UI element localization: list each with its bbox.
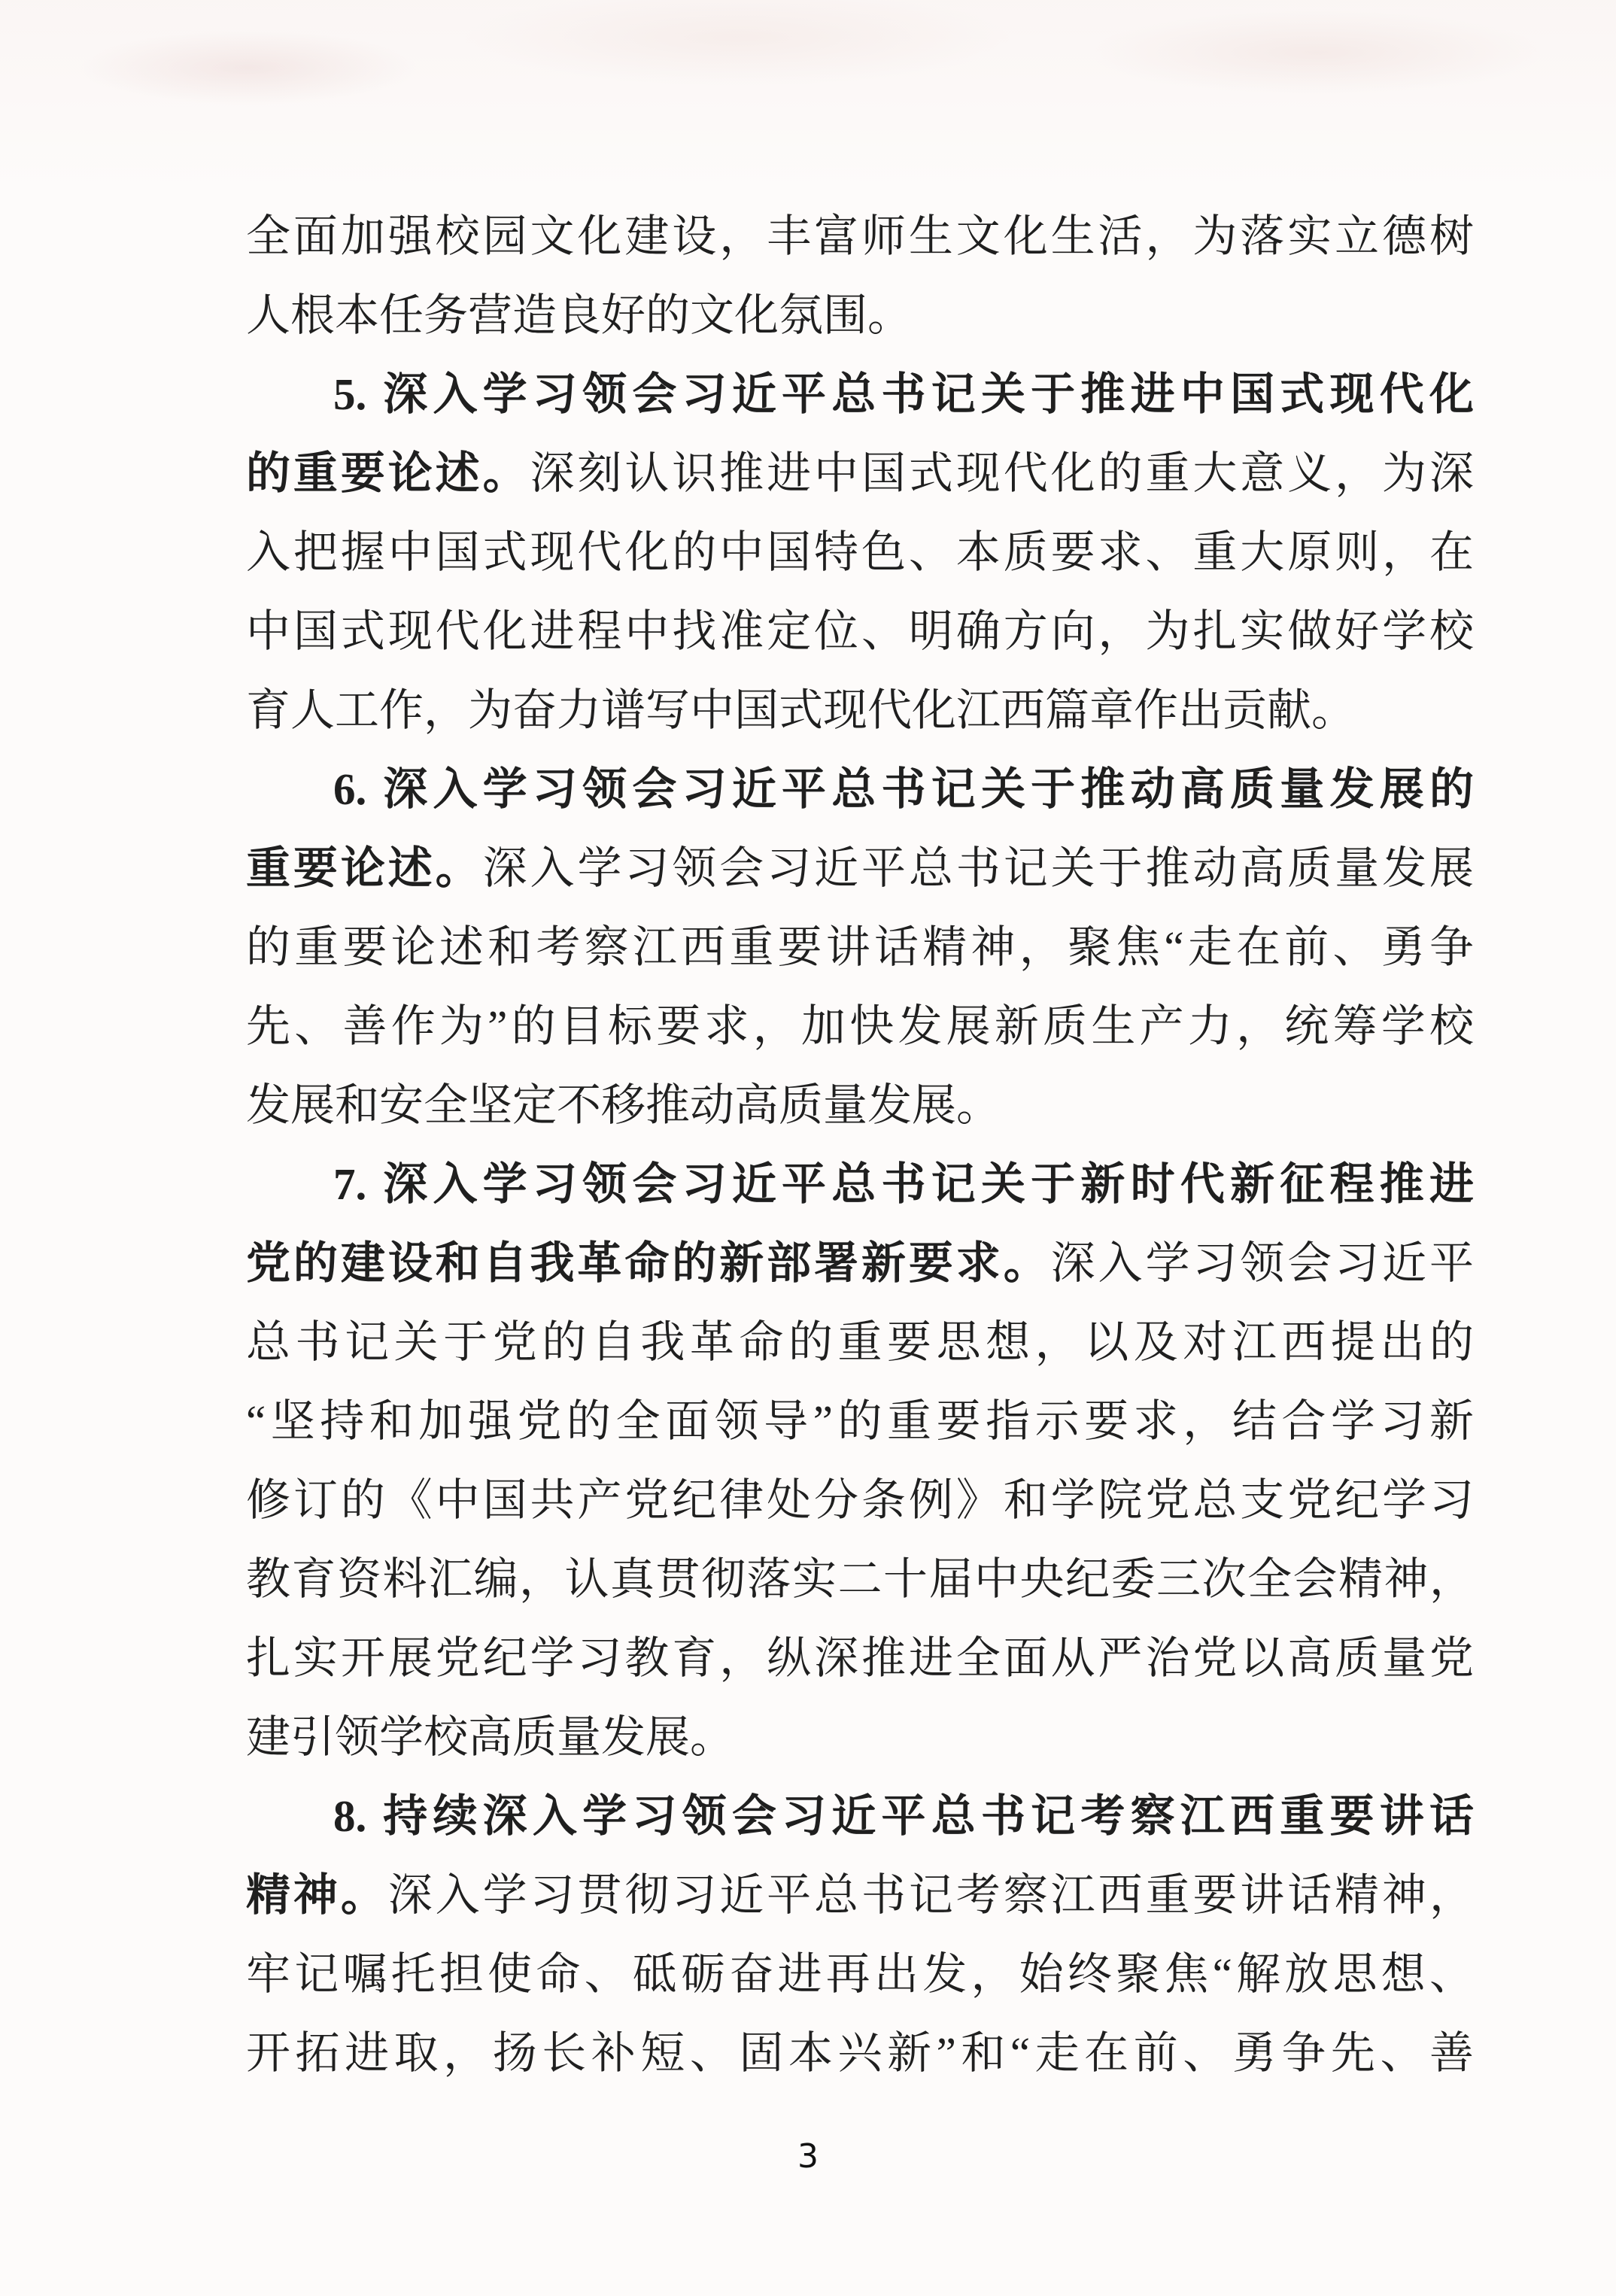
body-text-segment: 发展和安全坚定不移推动高质量发展。 [246, 1080, 1001, 1130]
body-text-segment: 入把握中国式现代化的中国特色、本质要求、重大原则，在 [246, 527, 1474, 577]
page-number: 3 [0, 2137, 1616, 2177]
text-block: 全面加强校园文化建设，丰富师生文化生活，为落实立德树人根本任务营造良好的文化氛围… [246, 197, 1474, 2093]
heading-text-segment: 8. 持续深入学习领会习近平总书记考察江西重要讲话 [333, 1791, 1474, 1841]
text-line: 教育资料汇编，认真贯彻落实二十届中央纪委三次全会精神， [246, 1540, 1474, 1619]
heading-text-segment: 精神。 [246, 1870, 388, 1920]
heading-text-segment: 党的建设和自我革命的新部署新要求。 [246, 1238, 1051, 1288]
body-text-segment: 开拓进取，扬长补短、固本兴新”和“走在前、勇争先、善 [246, 2028, 1474, 2078]
text-line: 先、善作为”的目标要求，加快发展新质生产力，统筹学校 [246, 987, 1474, 1066]
heading-text-segment: 5. 深入学习领会习近平总书记关于推进中国式现代化 [333, 369, 1474, 419]
body-text-segment: 中国式现代化进程中找准定位、明确方向，为扎实做好学校 [246, 606, 1474, 656]
body-text-segment: 全面加强校园文化建设，丰富师生文化生活，为落实立德树 [246, 211, 1474, 261]
body-text-segment: 人根本任务营造良好的文化氛围。 [246, 290, 912, 340]
text-line: 育人工作，为奋力谱写中国式现代化江西篇章作出贡献。 [246, 671, 1474, 750]
body-text-segment: 教育资料汇编，认真贯彻落实二十届中央纪委三次全会精神， [246, 1554, 1474, 1604]
text-line: 修订的《中国共产党纪律处分条例》和学院党总支党纪学习 [246, 1461, 1474, 1540]
text-line: 入把握中国式现代化的中国特色、本质要求、重大原则，在 [246, 513, 1474, 592]
heading-text-segment: 重要论述。 [246, 843, 483, 893]
text-line: 8. 持续深入学习领会习近平总书记考察江西重要讲话 [246, 1777, 1474, 1856]
text-line: 人根本任务营造良好的文化氛围。 [246, 276, 1474, 355]
body-text-segment: “坚持和加强党的全面领导”的重要指示要求，结合学习新 [246, 1396, 1474, 1446]
text-line: 7. 深入学习领会习近平总书记关于新时代新征程推进 [246, 1145, 1474, 1224]
heading-text-segment: 6. 深入学习领会习近平总书记关于推动高质量发展的 [333, 764, 1474, 814]
body-text-segment: 的重要论述和考察江西重要讲话精神，聚焦“走在前、勇争 [246, 922, 1474, 972]
text-line: 重要论述。深入学习领会习近平总书记关于推动高质量发展 [246, 829, 1474, 908]
text-line: 全面加强校园文化建设，丰富师生文化生活，为落实立德树 [246, 197, 1474, 276]
text-line: 6. 深入学习领会习近平总书记关于推动高质量发展的 [246, 750, 1474, 829]
text-line: 总书记关于党的自我革命的重要思想，以及对江西提出的 [246, 1303, 1474, 1382]
body-text-segment: 牢记嘱托担使命、砥砺奋进再出发，始终聚焦“解放思想、 [246, 1949, 1474, 1999]
text-line: 建引领学校高质量发展。 [246, 1698, 1474, 1777]
text-line: 党的建设和自我革命的新部署新要求。深入学习领会习近平 [246, 1224, 1474, 1303]
heading-text-segment: 7. 深入学习领会习近平总书记关于新时代新征程推进 [333, 1159, 1474, 1209]
text-line: 扎实开展党纪学习教育，纵深推进全面从严治党以高质量党 [246, 1619, 1474, 1698]
text-line: 牢记嘱托担使命、砥砺奋进再出发，始终聚焦“解放思想、 [246, 1935, 1474, 2014]
body-text-segment: 建引领学校高质量发展。 [246, 1712, 734, 1762]
body-text-segment: 深入学习贯彻习近平总书记考察江西重要讲话精神， [388, 1870, 1474, 1920]
body-text-segment: 深入学习领会习近平 [1051, 1238, 1474, 1288]
body-text-segment: 扎实开展党纪学习教育，纵深推进全面从严治党以高质量党 [246, 1633, 1474, 1683]
text-line: “坚持和加强党的全面领导”的重要指示要求，结合学习新 [246, 1382, 1474, 1461]
body-text-segment: 先、善作为”的目标要求，加快发展新质生产力，统筹学校 [246, 1001, 1474, 1051]
scanned-document-page: 全面加强校园文化建设，丰富师生文化生活，为落实立德树人根本任务营造良好的文化氛围… [0, 0, 1616, 2296]
text-line: 精神。深入学习贯彻习近平总书记考察江西重要讲话精神， [246, 1856, 1474, 1935]
body-text-segment: 修订的《中国共产党纪律处分条例》和学院党总支党纪学习 [246, 1475, 1474, 1525]
text-line: 5. 深入学习领会习近平总书记关于推进中国式现代化 [246, 355, 1474, 434]
body-text-segment: 深刻认识推进中国式现代化的重大意义，为深 [530, 448, 1474, 498]
text-line: 的重要论述。深刻认识推进中国式现代化的重大意义，为深 [246, 434, 1474, 513]
text-line: 开拓进取，扬长补短、固本兴新”和“走在前、勇争先、善 [246, 2014, 1474, 2093]
text-line: 的重要论述和考察江西重要讲话精神，聚焦“走在前、勇争 [246, 908, 1474, 987]
body-text-segment: 育人工作，为奋力谱写中国式现代化江西篇章作出贡献。 [246, 685, 1356, 735]
text-line: 中国式现代化进程中找准定位、明确方向，为扎实做好学校 [246, 592, 1474, 671]
body-text-segment: 深入学习领会习近平总书记关于推动高质量发展 [483, 843, 1474, 893]
text-line: 发展和安全坚定不移推动高质量发展。 [246, 1066, 1474, 1145]
body-text-segment: 总书记关于党的自我革命的重要思想，以及对江西提出的 [246, 1317, 1474, 1367]
heading-text-segment: 的重要论述。 [246, 448, 530, 498]
